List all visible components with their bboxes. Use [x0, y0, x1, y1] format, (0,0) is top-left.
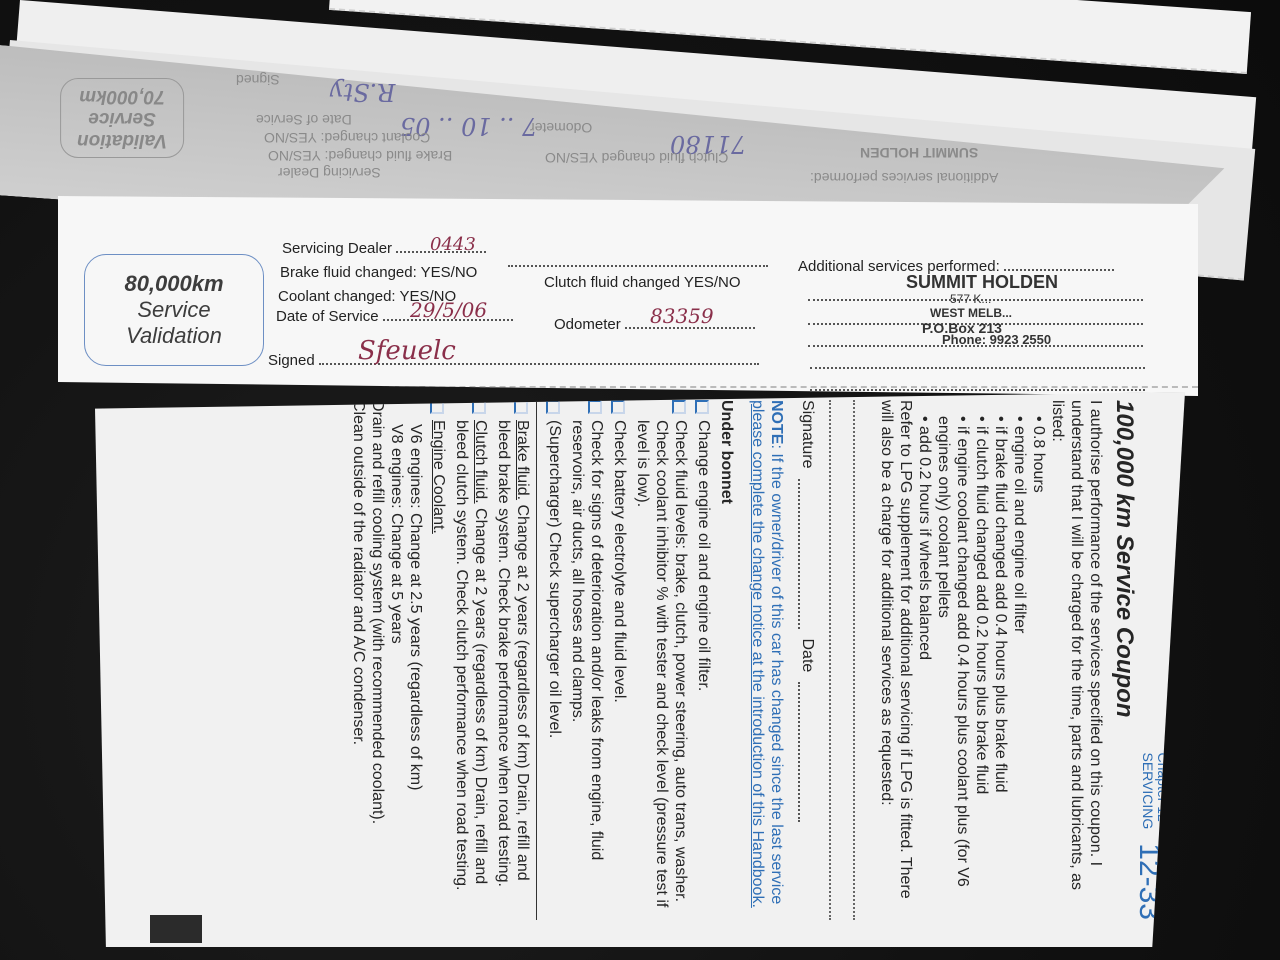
handbook-page-content: Chapter 12 SERVICING 12-33 100,000 km Se… — [170, 400, 1170, 920]
validation-label: Validation — [126, 323, 222, 349]
km-label: 80,000km — [124, 271, 223, 297]
page-title: 100,000 km Service Coupon — [1115, 400, 1134, 920]
brake-title: Brake fluid. — [514, 420, 531, 500]
check-text: Check fluid levels: brake, clutch, power… — [633, 420, 690, 920]
checklist-item[interactable]: (Supercharger) Check supercharger oil le… — [545, 400, 564, 920]
dealer-label: Servicing Dealer — [282, 240, 392, 257]
charge-item: 0.8 hours — [1029, 416, 1048, 920]
coolant-clean: Clean outside of the radiator and A/C co… — [349, 400, 368, 920]
note-label: NOTE — [768, 400, 785, 444]
dealer-value: 0443 — [430, 234, 476, 255]
back-coolant-label: Coolant changed: YES/NO — [264, 130, 430, 146]
checklist-item[interactable]: Check battery electrolyte and fluid leve… — [610, 400, 629, 920]
checklist-item[interactable]: Change engine oil and engine oil filter. — [694, 400, 713, 920]
back-additional-label: Additional services performed: — [810, 170, 998, 186]
coolant-title: Engine Coolant. — [429, 420, 448, 534]
handbook-page: Chapter 12 SERVICING 12-33 100,000 km Se… — [95, 392, 1185, 947]
note-text: : If the owner/driver of this car has ch… — [768, 444, 785, 904]
request-line-1[interactable] — [853, 400, 877, 920]
coolant-v8: V8 engines: Change at 5 years — [387, 400, 406, 920]
checkbox-icon[interactable] — [672, 400, 686, 414]
signature-row: Signature Date — [798, 400, 817, 920]
check-text: Change engine oil and engine oil filter. — [694, 420, 713, 691]
date-line[interactable] — [798, 682, 817, 822]
back-date-label: Date of Service — [256, 112, 352, 128]
additional-line — [1004, 269, 1114, 271]
back-coupon-box: Validation Service 70,000km — [60, 78, 184, 158]
checkbox-icon[interactable] — [546, 400, 560, 414]
charge-item: add 0.2 hours if wheels balanced — [915, 416, 934, 920]
dealer-stamp-line1: 577 K... — [950, 292, 991, 306]
checklist-item-clutch[interactable]: Clutch fluid. Change at 2 years (regardl… — [452, 400, 490, 920]
dealer-dotted-line — [508, 254, 768, 271]
coolant-drain: Drain and refill cooling system (with re… — [368, 400, 387, 920]
service-label: Service — [137, 297, 210, 323]
section-label: SERVICING — [1140, 753, 1155, 830]
signature-label: Signature — [798, 400, 817, 469]
charge-item: if clutch fluid changed add 0.2 hours pl… — [972, 416, 991, 920]
brake-fluid-field[interactable]: Brake fluid changed: YES/NO — [280, 264, 477, 281]
back-dealer-label: Servicing Dealer — [278, 165, 381, 181]
check-text: (Supercharger) Check supercharger oil le… — [545, 420, 564, 738]
checkbox-icon[interactable] — [588, 400, 602, 414]
request-line-2[interactable] — [829, 400, 853, 920]
check-text: Check for signs of deterioration and/or … — [568, 420, 606, 920]
date-label: Date — [798, 639, 817, 673]
under-bonnet-heading: Under bonnet — [717, 400, 736, 920]
signed-field[interactable]: Signed — [268, 352, 759, 369]
owner-change-note: NOTE: If the owner/driver of this car ha… — [748, 400, 786, 920]
checkbox-icon[interactable] — [695, 400, 709, 414]
charge-item: if brake fluid changed add 0.4 hours plu… — [991, 416, 1010, 920]
back-clutch-label: Clutch fluid changed YES/NO — [545, 150, 728, 166]
date-label: Date of Service — [276, 308, 379, 325]
clutch-title: Clutch fluid. — [472, 420, 489, 504]
clutch-fluid-field[interactable]: Clutch fluid changed YES/NO — [544, 274, 741, 291]
back-signed-label: Signed — [236, 72, 280, 88]
dealer-stamp-phone: Phone: 9923 2550 — [942, 332, 1051, 347]
back-brake-label: Brake fluid changed: YES/NO — [268, 148, 452, 164]
check-text: Check battery electrolyte and fluid leve… — [610, 420, 629, 703]
charge-item: engine oil and engine oil filter — [1010, 416, 1029, 920]
back-dealer-stamp: SUMMIT HOLDEN — [860, 145, 978, 161]
checklist-item-brake[interactable]: Brake fluid. Change at 2 years (regardle… — [494, 400, 532, 920]
authorisation-text: I authorise performance of the services … — [1048, 400, 1105, 920]
back-signature: R.Sty — [330, 78, 395, 106]
change-notice-link[interactable]: please complete the change notice at the… — [749, 400, 766, 908]
checklist-item-coolant[interactable]: Engine Coolant. — [429, 400, 448, 920]
signature-handwriting: Sfeuelc — [358, 336, 456, 366]
coolant-v6: V6 engines: Change at 2.5 years (regardl… — [406, 400, 425, 920]
odometer-value: 83359 — [650, 304, 714, 328]
page-tab-marker — [150, 915, 202, 943]
lpg-note: Refer to LPG supplement for additional s… — [877, 400, 915, 920]
signed-label: Signed — [268, 352, 315, 369]
dealer-stamp-line2: WEST MELB... — [930, 306, 1012, 320]
section-divider — [536, 400, 537, 920]
service-coupon-80000: 80,000km Service Validation Servicing De… — [58, 196, 1198, 396]
charge-item: if engine coolant changed add 0.4 hours … — [934, 416, 972, 920]
odometer-label: Odometer — [554, 316, 621, 333]
back-odometer-label: Odometer — [530, 120, 592, 136]
checkbox-icon[interactable] — [611, 400, 625, 414]
date-value: 29/5/06 — [410, 298, 487, 322]
charge-list: 0.8 hours engine oil and engine oil filt… — [915, 400, 1048, 920]
checklist-item[interactable]: Check for signs of deterioration and/or … — [568, 400, 606, 920]
dealer-stamp-name: SUMMIT HOLDEN — [906, 272, 1058, 293]
checklist-item[interactable]: Check fluid levels: brake, clutch, power… — [633, 400, 690, 920]
additional-line-5[interactable] — [810, 356, 1145, 373]
service-validation-box: 80,000km Service Validation — [84, 254, 264, 366]
signature-line[interactable] — [798, 479, 817, 629]
